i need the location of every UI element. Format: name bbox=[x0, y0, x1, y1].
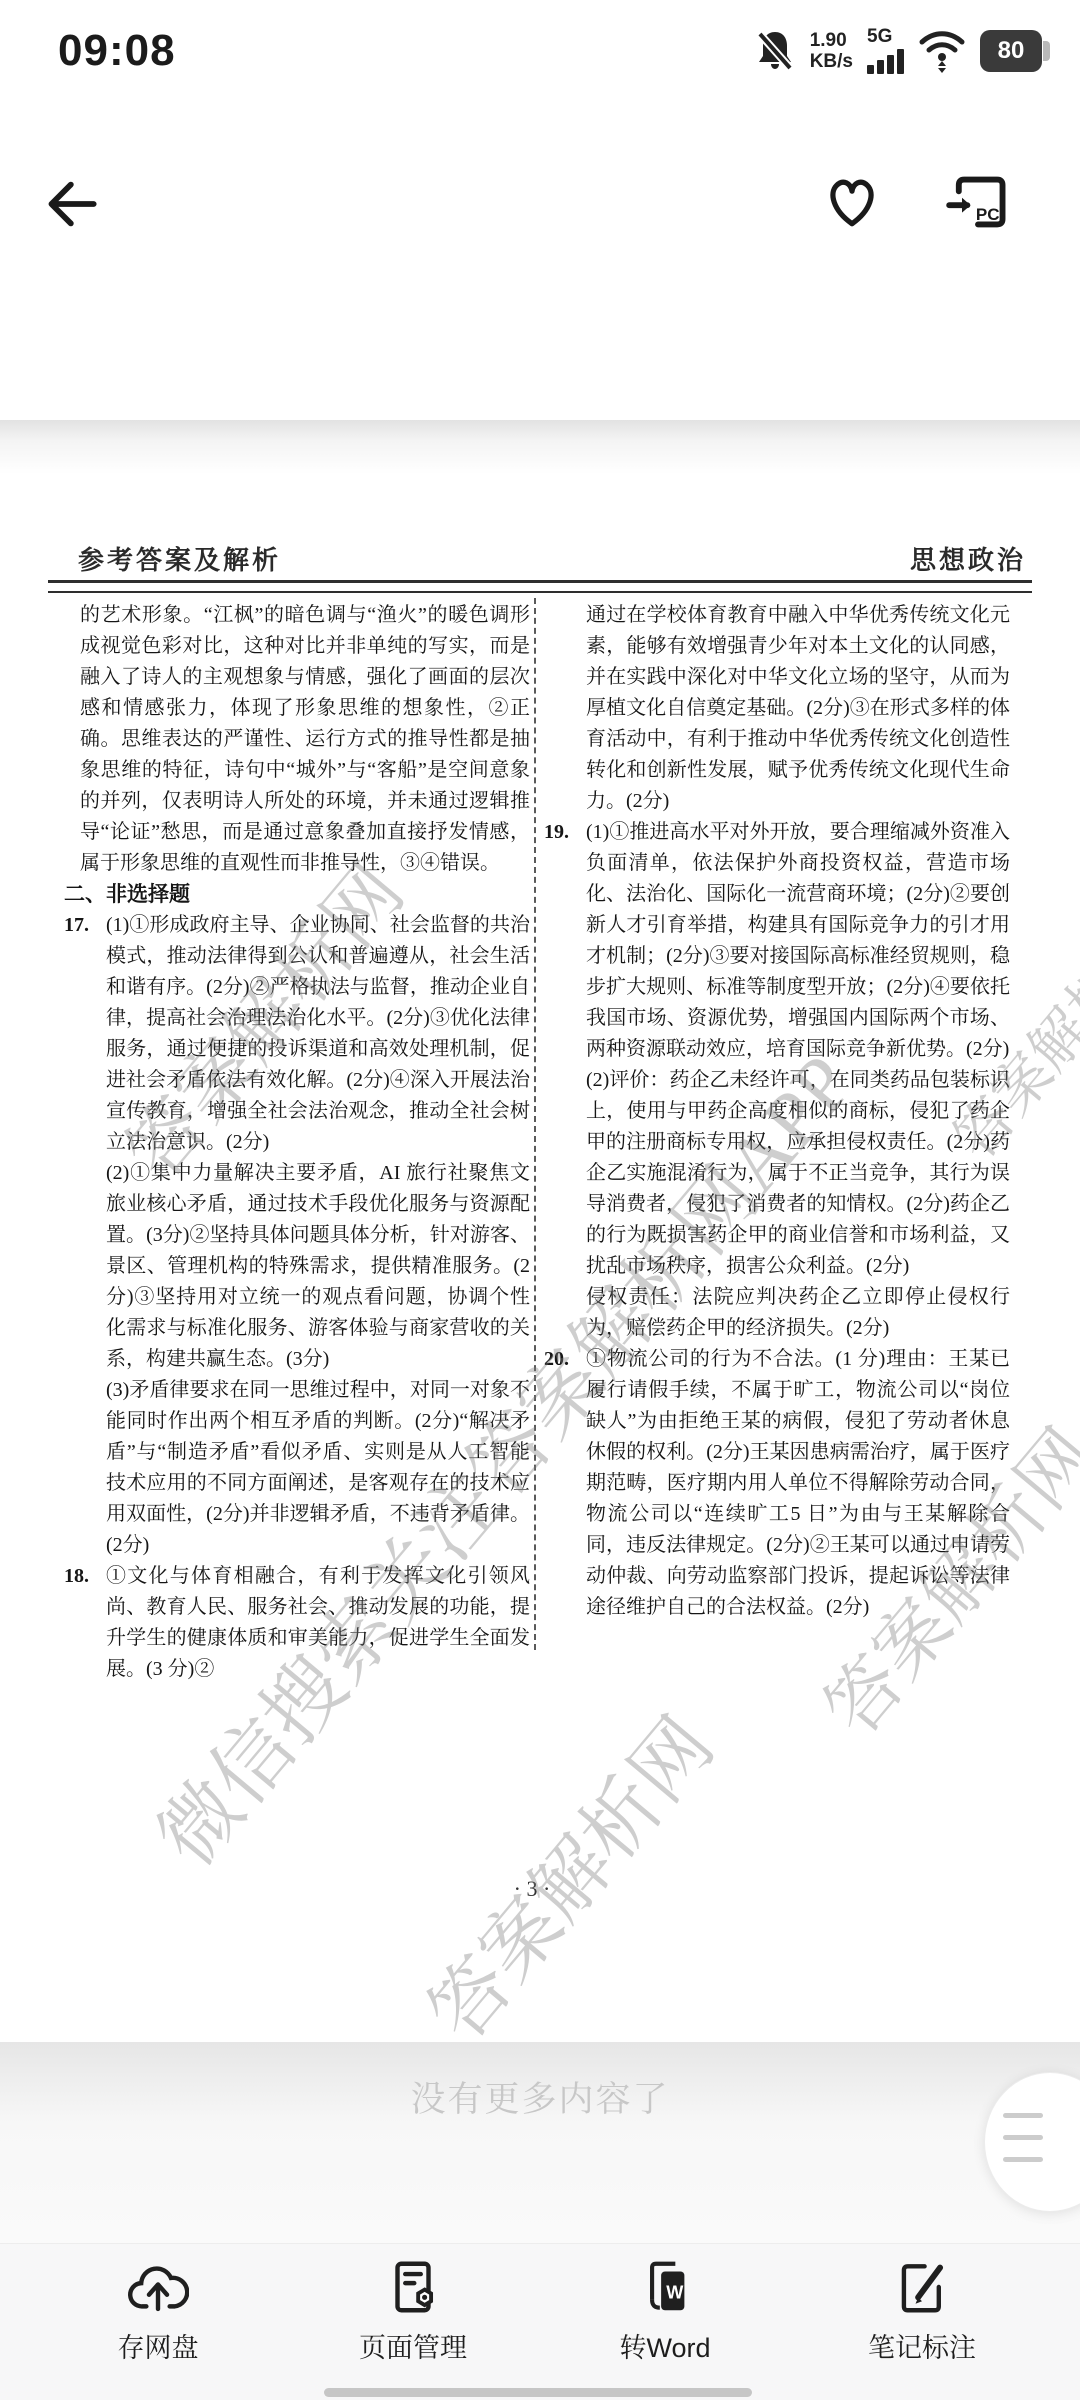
toolbar-label: 转Word bbox=[619, 2326, 710, 2365]
document-header: 参考答案及解析 思想政治 bbox=[48, 540, 1032, 576]
answers-column-right: 通过在学校体育教育中融入中华优秀传统文化元素，能够有效增强青少年对本土文化的认同… bbox=[544, 600, 1010, 1623]
nav-bar: PC bbox=[0, 150, 1080, 270]
wifi-icon bbox=[918, 28, 966, 74]
battery-icon: 80 bbox=[980, 30, 1042, 72]
cloud-upload-icon bbox=[127, 2258, 189, 2316]
no-more-content-label: 没有更多内容了 bbox=[0, 2072, 1080, 2122]
clock: 09:08 bbox=[58, 26, 176, 76]
answers-column-left: 的艺术形象。“江枫”的暗色调与“渔火”的暖色调形成视觉色彩对比，这种对比并非单纯… bbox=[64, 600, 530, 1685]
header-double-rule bbox=[48, 580, 1032, 593]
answer-item: 18.①文化与体育相融合，有利于发挥文化引领风尚、教育人民、服务社会、推动发展的… bbox=[64, 1561, 530, 1685]
answer-item: 20.①物流公司的行为不合法。(1 分)理由：王某已履行请假手续，不属于旷工，物… bbox=[544, 1344, 1010, 1623]
doc-title-left: 参考答案及解析 bbox=[78, 540, 281, 577]
page-manage-icon bbox=[382, 2258, 444, 2316]
svg-text:W: W bbox=[666, 2283, 684, 2303]
status-bar: 09:08 1.90 KB/s 5G bbox=[0, 0, 1080, 92]
bottom-toolbar: 存网盘 页面管理 W bbox=[0, 2243, 1080, 2400]
back-arrow-icon[interactable] bbox=[40, 172, 104, 236]
item-number: 18. bbox=[64, 1561, 89, 1592]
item-number: 17. bbox=[64, 910, 89, 941]
answer-paragraph: 侵权责任：法院应判决药企乙立即停止侵权行为，赔偿药企甲的经济损失。(2分) bbox=[586, 1282, 1010, 1344]
section-heading: 二、非选择题 bbox=[64, 879, 530, 910]
answer-item: 17.(1)①形成政府主导、企业协同、社会监督的共治模式，推动法律得到公认和普遍… bbox=[64, 910, 530, 1561]
app-screen: 09:08 1.90 KB/s 5G bbox=[0, 0, 1080, 2400]
doc-subject-right: 思想政治 bbox=[910, 540, 1026, 577]
hamburger-menu-icon bbox=[1003, 2113, 1043, 2179]
answer-paragraph: ①物流公司的行为不合法。(1 分)理由：王某已履行请假手续，不属于旷工，物流公司… bbox=[586, 1344, 1010, 1623]
network-speed: 1.90 KB/s bbox=[810, 30, 853, 72]
page-manage-button[interactable]: 页面管理 bbox=[313, 2258, 513, 2365]
convert-to-word-button[interactable]: W 转Word bbox=[565, 2258, 765, 2365]
word-convert-icon: W bbox=[634, 2258, 696, 2316]
item-number: 19. bbox=[544, 817, 569, 848]
svg-text:PC: PC bbox=[976, 205, 1000, 224]
answer-paragraph: (1)①形成政府主导、企业协同、社会监督的共治模式，推动法律得到公认和普遍遵从，… bbox=[106, 910, 530, 1158]
home-indicator-bar[interactable] bbox=[324, 2388, 752, 2397]
answer-paragraph: 通过在学校体育教育中融入中华优秀传统文化元素，能够有效增强青少年对本土文化的认同… bbox=[544, 600, 1010, 817]
answer-paragraph: (3)矛盾律要求在同一思维过程中，对同一对象不能同时作出两个相互矛盾的判断。(2… bbox=[106, 1375, 530, 1561]
note-annotate-icon bbox=[891, 2258, 953, 2316]
toolbar-label: 笔记标注 bbox=[868, 2326, 976, 2365]
toolbar-label: 页面管理 bbox=[359, 2326, 467, 2365]
answer-paragraph: ①文化与体育相融合，有利于发挥文化引领风尚、教育人民、服务社会、推动发展的功能，… bbox=[106, 1561, 530, 1685]
answer-paragraph: (2)评价：药企乙未经许可，在同类药品包装标识上，使用与甲药企高度相似的商标，侵… bbox=[586, 1065, 1010, 1282]
answer-paragraph: (2)①集中力量解决主要矛盾，AI 旅行社聚焦文旅业核心矛盾，通过技术手段优化服… bbox=[106, 1158, 530, 1375]
signal-bars-icon: 5G bbox=[867, 28, 904, 74]
column-divider bbox=[534, 598, 536, 1650]
note-annotate-button[interactable]: 笔记标注 bbox=[822, 2258, 1022, 2365]
end-of-content-band: 没有更多内容了 bbox=[0, 2042, 1080, 2243]
answer-paragraph: 的艺术形象。“江枫”的暗色调与“渔火”的暖色调形成视觉色彩对比，这种对比并非单纯… bbox=[64, 600, 530, 879]
send-to-pc-icon[interactable]: PC bbox=[946, 172, 1010, 236]
answer-paragraph: (1)①推进高水平对外开放，要合理缩减外资准入负面清单，依法保护外商投资权益，营… bbox=[586, 817, 1010, 1065]
content-top-shadow bbox=[0, 420, 1080, 480]
save-to-cloud-button[interactable]: 存网盘 bbox=[58, 2258, 258, 2365]
notifications-muted-icon bbox=[754, 28, 796, 74]
item-number: 20. bbox=[544, 1344, 569, 1375]
answer-item: 19.(1)①推进高水平对外开放，要合理缩减外资准入负面清单，依法保护外商投资权… bbox=[544, 817, 1010, 1344]
page-number: · 3 · bbox=[0, 1876, 1064, 1902]
favorite-heart-icon[interactable] bbox=[820, 170, 884, 234]
document-page: 参考答案及解析 思想政治 的艺术形象。“江枫”的暗色调与“渔火”的暖色调形成视觉… bbox=[0, 480, 1080, 2020]
toolbar-label: 存网盘 bbox=[118, 2326, 199, 2365]
